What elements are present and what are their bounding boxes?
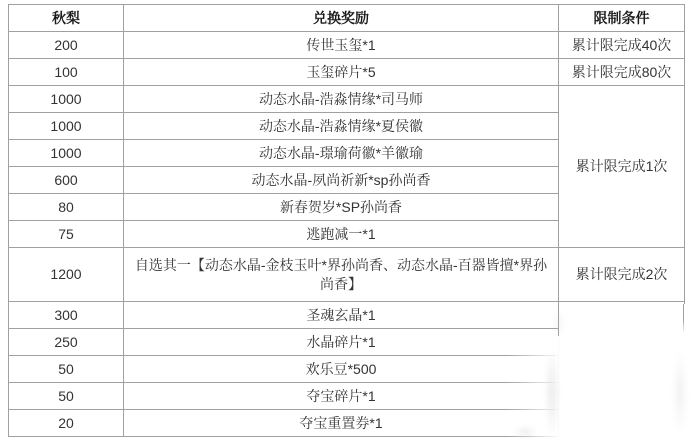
reward-cell: 动态水晶-璟瑜荷徽*羊徽瑜	[124, 140, 559, 167]
reward-cell: 夺宝重置券*1	[124, 410, 559, 437]
table-row: 200 传世玉玺*1 累计限完成40次	[9, 32, 685, 59]
reward-cell: 动态水晶-浩淼情缘*夏侯徽	[124, 113, 559, 140]
cost-cell: 50	[9, 383, 124, 410]
cost-cell: 50	[9, 356, 124, 383]
cost-cell: 600	[9, 167, 124, 194]
reward-cell: 新春贺岁*SP孙尚香	[124, 194, 559, 221]
reward-cell: 欢乐豆*500	[124, 356, 559, 383]
reward-cell: 动态水晶-夙尚祈新*sp孙尚香	[124, 167, 559, 194]
cost-cell: 1000	[9, 113, 124, 140]
cost-cell: 200	[9, 32, 124, 59]
cost-cell: 1000	[9, 140, 124, 167]
table-row: 100 玉玺碎片*5 累计限完成80次	[9, 59, 685, 86]
reward-cell: 逃跑减一*1	[124, 221, 559, 248]
cost-cell: 75	[9, 221, 124, 248]
cost-cell: 300	[9, 302, 124, 329]
reward-cell: 水晶碎片*1	[124, 329, 559, 356]
reward-cell: 夺宝碎片*1	[124, 383, 559, 410]
cost-cell: 100	[9, 59, 124, 86]
limit-cell: 累计限完成2次	[559, 248, 685, 302]
cost-cell: 1000	[9, 86, 124, 113]
reward-cell: 圣魂玄晶*1	[124, 302, 559, 329]
cost-cell: 80	[9, 194, 124, 221]
whiteout-fade	[506, 336, 691, 444]
cost-cell: 250	[9, 329, 124, 356]
header-reward: 兑换奖励	[124, 5, 559, 32]
reward-cell: 动态水晶-浩淼情缘*司马师	[124, 86, 559, 113]
cost-cell: 1200	[9, 248, 124, 302]
faded-border-stub	[683, 304, 684, 333]
reward-cell: 传世玉玺*1	[124, 32, 559, 59]
reward-cell: 自选其一【动态水晶-金枝玉叶*界孙尚香、动态水晶-百器皆擅*界孙尚香】	[124, 248, 559, 302]
table-row: 1000 动态水晶-浩淼情缘*司马师 累计限完成1次	[9, 86, 685, 113]
limit-cell-merged: 累计限完成1次	[559, 86, 685, 248]
table-row: 1200 自选其一【动态水晶-金枝玉叶*界孙尚香、动态水晶-百器皆擅*界孙尚香】…	[9, 248, 685, 302]
reward-cell: 玉玺碎片*5	[124, 59, 559, 86]
header-limit: 限制条件	[559, 5, 685, 32]
limit-cell: 累计限完成80次	[559, 59, 685, 86]
limit-cell: 累计限完成40次	[559, 32, 685, 59]
table-header-row: 秋梨 兑换奖励 限制条件	[9, 5, 685, 32]
cost-cell: 20	[9, 410, 124, 437]
header-cost: 秋梨	[9, 5, 124, 32]
